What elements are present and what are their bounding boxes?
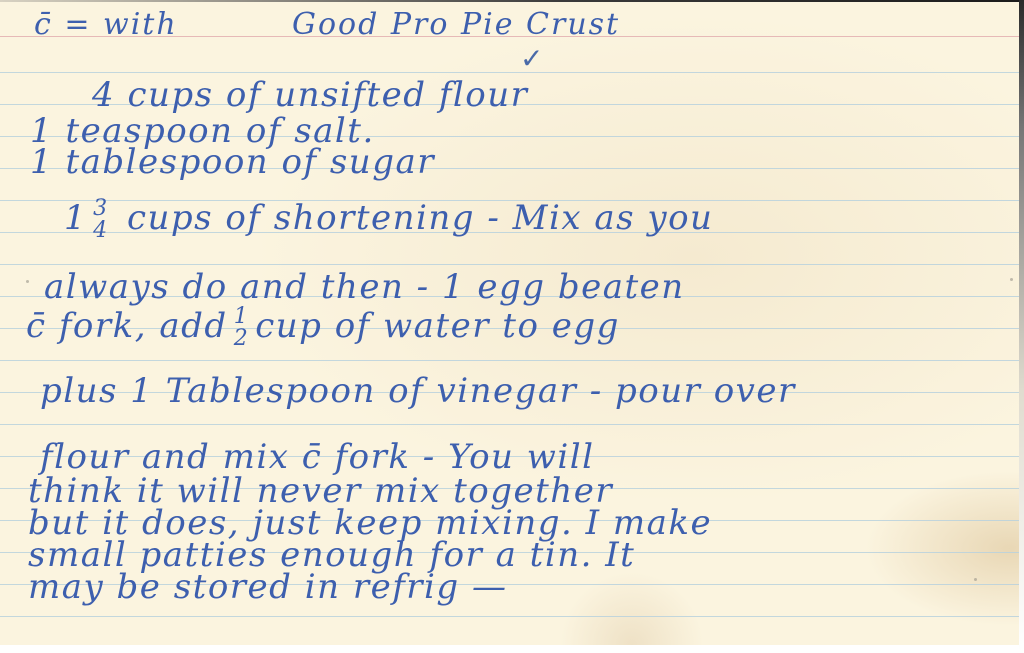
ruled-line [0, 616, 1019, 617]
scan-right-edge [1019, 0, 1024, 653]
direction-line-2: always do and then - 1 egg beaten [44, 270, 685, 304]
ingredient-flour: 4 cups of unsifted flour [92, 78, 528, 112]
fraction-denominator: 2 [234, 328, 250, 350]
ingredient-sugar: 1 tablespoon of sugar [30, 145, 435, 179]
fraction-three-quarters: 34 [93, 198, 109, 242]
ruled-line [0, 72, 1019, 73]
fraction-numerator: 1 [234, 306, 250, 328]
check-mark: ✓ [520, 42, 543, 75]
recipe-card: c̄ = with Good Pro Pie Crust ✓ 4 cups of… [0, 2, 1019, 645]
paper-speck [974, 578, 977, 581]
direction-text: cup of water to egg [255, 306, 620, 346]
direction-text: cups of shortening - Mix as you [127, 198, 713, 238]
fraction-one-half: 12 [234, 306, 250, 350]
ruled-line [0, 264, 1019, 265]
direction-text: c̄ fork, add [26, 306, 228, 346]
ruled-line [0, 424, 1019, 425]
direction-line-1: 134 cups of shortening - Mix as you [64, 198, 713, 242]
direction-line-5: flour and mix c̄ fork - You will [40, 440, 594, 474]
paper-speck [1010, 278, 1013, 281]
abbreviation-note: c̄ = with [34, 10, 178, 40]
fraction-denominator: 4 [93, 220, 109, 242]
paper-speck [26, 280, 29, 283]
direction-line-3: c̄ fork, add12cup of water to egg [26, 306, 620, 350]
whole-number: 1 [64, 198, 87, 238]
direction-line-9: may be stored in refrig — [28, 570, 507, 604]
recipe-title: Good Pro Pie Crust [292, 10, 620, 40]
direction-line-4: plus 1 Tablespoon of vinegar - pour over [40, 374, 796, 408]
ruled-line [0, 360, 1019, 361]
fraction-numerator: 3 [93, 198, 109, 220]
